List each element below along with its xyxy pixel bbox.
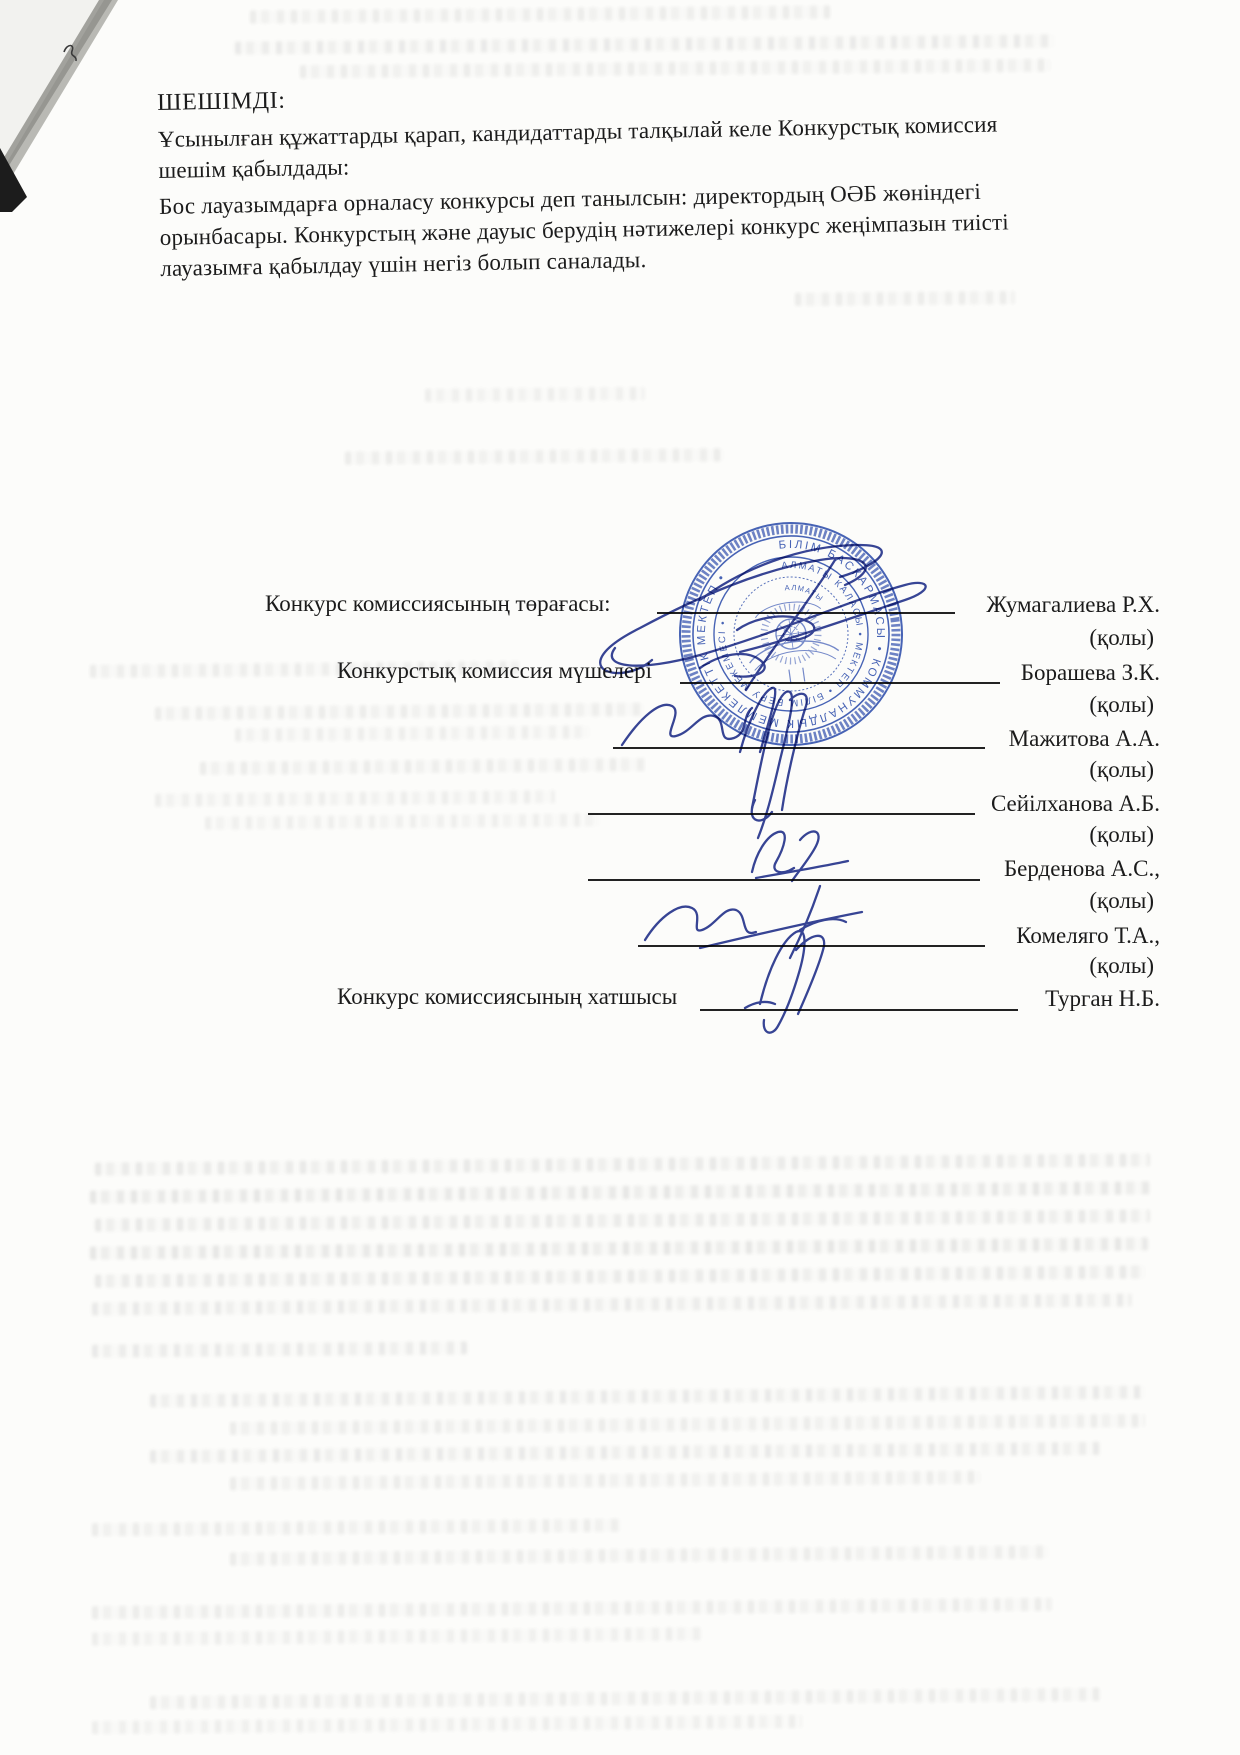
bleed-through-line (155, 790, 555, 806)
secretary-label: Конкурс комиссиясының хатшысы (337, 984, 677, 1010)
signature-caption: (қолы) (1089, 625, 1154, 651)
bleed-through-line (92, 1627, 702, 1645)
signature-caption: (қолы) (1089, 888, 1154, 914)
bleed-through-line (92, 1598, 1052, 1619)
official-stamp: БІЛІМ БАСКАРМАСЫ • КОММУНАЛДЫК МЕМЛЕКЕТТ… (659, 502, 923, 766)
signature-caption: (қолы) (1089, 822, 1154, 848)
signer-name: Борашева З.К. (1021, 660, 1160, 686)
bleed-through-line (205, 813, 600, 829)
signer-name: Берденова А.С., (1004, 856, 1160, 882)
bleed-through-line (150, 1442, 1100, 1463)
bleed-through-line (250, 5, 830, 23)
bleed-through-line (92, 1293, 1132, 1315)
members-label: Конкурстық комиссия мүшелері (337, 658, 652, 684)
signer-name: Комеляго Т.А., (1016, 923, 1160, 949)
signature-caption: (қолы) (1089, 953, 1154, 979)
bleed-through-line (345, 448, 725, 464)
signature-line (588, 862, 980, 881)
bleed-through-line (90, 1181, 1150, 1203)
decision-body-paragraph: Бос лауазымдарға орналасу конкурсы деп т… (159, 175, 1054, 284)
bleed-through-line (230, 1414, 1145, 1435)
stamp-emblem (742, 597, 842, 689)
bleed-through-line (90, 1237, 1148, 1259)
bleed-through-line (425, 387, 645, 402)
signature-line (588, 796, 975, 815)
decision-text-block: ШЕШІМДІ: Ұсынылған құжаттарды қарап, кан… (157, 72, 1054, 289)
signer-name: Сейілханова А.Б. (991, 791, 1160, 817)
bleed-through-line (150, 1688, 1100, 1709)
signature-line (638, 928, 985, 947)
signature-caption: (қолы) (1089, 757, 1154, 783)
signer-name: Турган Н.Б. (1045, 986, 1160, 1012)
signature-line (700, 992, 1018, 1011)
bleed-through-line (230, 1471, 980, 1491)
chairman-label: Конкурс комиссиясының төрағасы: (265, 591, 610, 617)
bleed-through-line (235, 34, 1055, 54)
bleed-through-line (200, 758, 645, 775)
signer-name: Мажитова А.А. (1009, 726, 1160, 752)
bleed-through-line (150, 1386, 1145, 1408)
bleed-through-line (95, 1153, 1150, 1175)
bleed-through-line (92, 1341, 467, 1357)
bleed-through-line (230, 1545, 1050, 1565)
scanned-document-page: ШЕШІМДІ: Ұсынылған құжаттарды қарап, кан… (0, 0, 1240, 1755)
bleed-through-line (92, 1519, 622, 1537)
bleed-through-line (795, 291, 1015, 306)
stamp-center-text: АЛМАТЫ (784, 578, 827, 608)
bleed-through-line (95, 1265, 1145, 1287)
bleed-through-line (92, 1715, 802, 1734)
bleed-through-line (155, 703, 645, 720)
bleed-through-line (235, 725, 590, 741)
signature-caption: (қолы) (1089, 692, 1154, 718)
bleed-through-line (95, 1209, 1150, 1231)
signer-name: Жумагалиева Р.Х. (986, 592, 1160, 618)
decision-intro-paragraph: Ұсынылған құжаттарды қарап, кандидаттард… (158, 108, 1052, 186)
